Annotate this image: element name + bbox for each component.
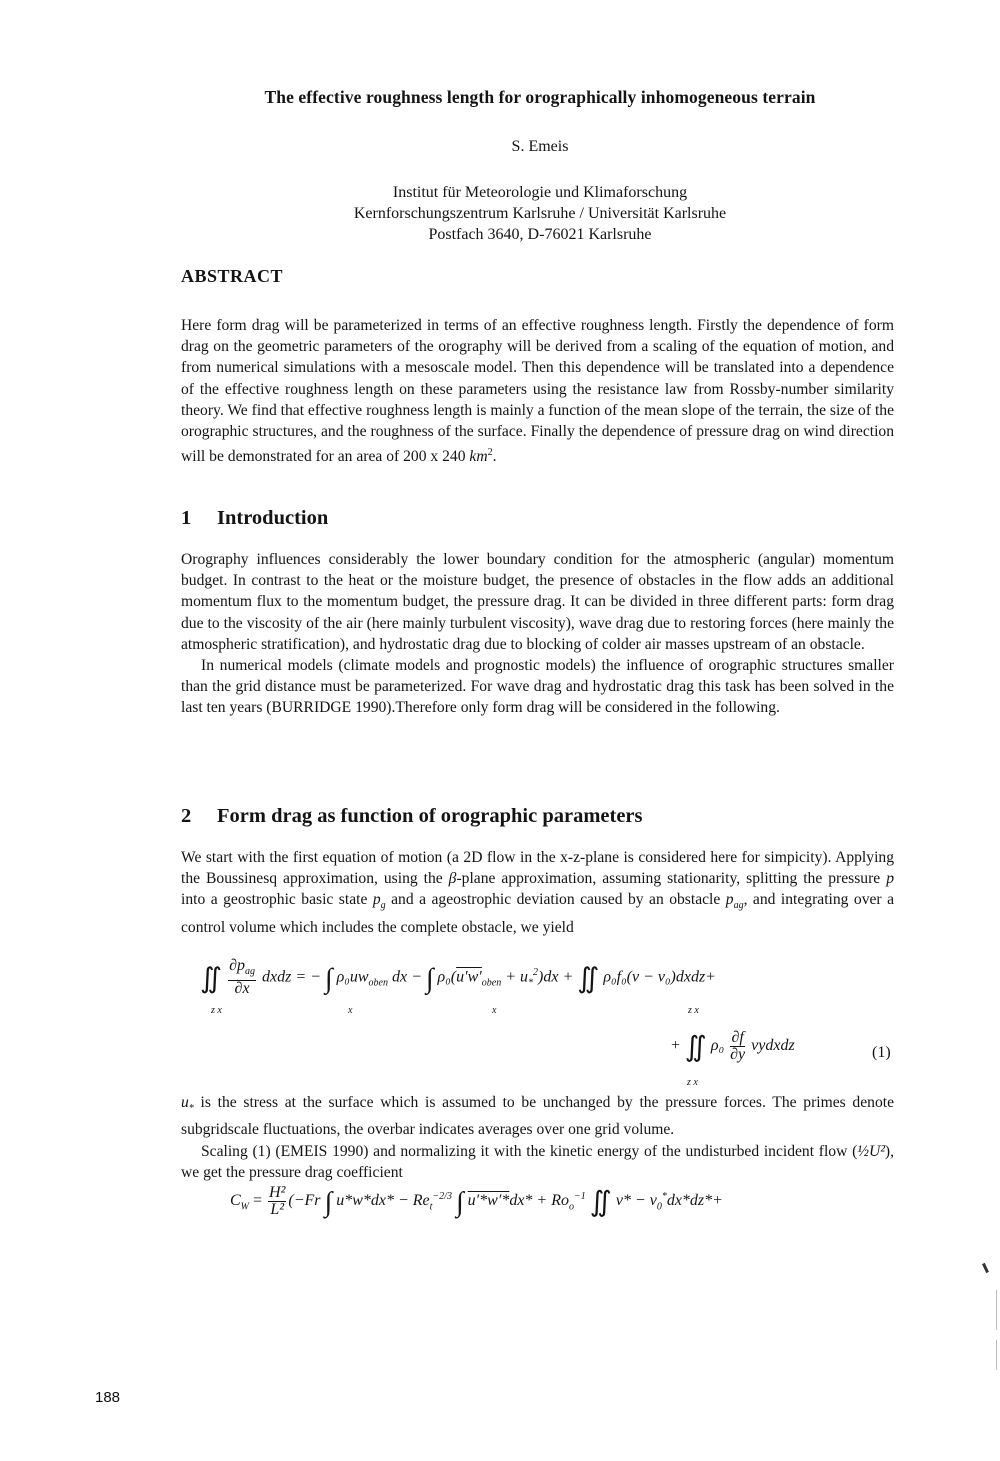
introduction-body: Orography influences considerably the lo… <box>181 549 894 719</box>
eq-term: ρ₀( <box>438 968 457 985</box>
text: into a geostrophic basic state <box>181 891 373 908</box>
symbol-pg: p <box>373 891 381 908</box>
section-heading-form-drag: 2Form drag as function of orographic par… <box>181 805 643 828</box>
affiliation-line: Institut für Meteorologie und Klimaforsc… <box>0 182 1000 203</box>
eq-term: ρ₀ <box>711 1037 724 1054</box>
unit: km <box>469 448 487 465</box>
denominator: ∂x <box>228 981 256 997</box>
eq-term: + u <box>501 968 528 985</box>
subscript: W <box>241 1201 249 1212</box>
abstract-heading: ABSTRACT <box>181 266 283 287</box>
superscript: −2/3 <box>432 1191 452 1202</box>
symbol-half-u-squared: ½U² <box>857 1143 885 1160</box>
text: -plane approximation, assuming stationar… <box>456 870 886 887</box>
affiliation-line: Postfach 3640, D-76021 Karlsruhe <box>0 224 1000 245</box>
symbol-pag: p <box>726 891 734 908</box>
double-integral-icon: ∬ <box>200 963 222 994</box>
eq-term: (−Fr <box>288 1192 320 1209</box>
integral-limits: z x <box>687 1077 698 1088</box>
text: is the stress at the surface which is as… <box>181 1094 894 1138</box>
double-integral-icon: ∬ <box>577 963 599 994</box>
integral-limits: z x <box>688 1005 699 1016</box>
subscript: oben <box>482 977 501 988</box>
eq-term: + <box>670 1037 681 1054</box>
section-number: 1 <box>181 507 217 530</box>
period: . <box>493 448 497 465</box>
eq-term: dx − <box>392 968 422 985</box>
section-number: 2 <box>181 805 217 828</box>
paper-title: The effective roughness length for orogr… <box>0 87 1000 108</box>
denominator: L² <box>268 1202 286 1218</box>
double-integral-icon: ∬ <box>590 1187 612 1218</box>
integral-icon: ∫ <box>426 963 434 994</box>
integral-icon: ∫ <box>325 1187 333 1218</box>
section-title: Form drag as function of orographic para… <box>217 805 643 827</box>
integral-limits: x <box>492 1005 496 1016</box>
eq-term: u*w*dx* − Re <box>336 1192 429 1209</box>
subscript: ag <box>245 966 255 977</box>
equation-2: CW = H² L² (−Fr ∫ u*w*dx* − Ret−2/3 ∫ u′… <box>230 1185 880 1230</box>
integral-limits: z x <box>211 1005 222 1016</box>
subscript: o <box>569 1201 574 1212</box>
fraction: ∂f ∂y <box>730 1030 745 1063</box>
eq-term: dx*dz*+ <box>667 1192 723 1209</box>
equals: = <box>249 1192 266 1209</box>
page-number: 188 <box>95 1389 120 1406</box>
paragraph: Orography influences considerably the lo… <box>181 549 894 655</box>
text: Scaling (1) (EMEIS 1990) and normalizing… <box>201 1143 857 1160</box>
subscript: * <box>528 977 533 988</box>
fraction: ∂pag ∂x <box>228 958 256 997</box>
section-title: Introduction <box>217 507 328 529</box>
scan-mark <box>982 1263 989 1273</box>
eq-term: ρ₀uw <box>337 968 369 985</box>
scan-margin-line <box>996 1340 997 1370</box>
double-integral-icon: ∬ <box>685 1032 707 1063</box>
symbol-u-star: u <box>181 1094 189 1111</box>
denominator: ∂y <box>730 1047 745 1063</box>
eq-term: )dx + <box>538 968 573 985</box>
subscript: t <box>430 1201 433 1212</box>
text: and a ageostrophic deviation caused by a… <box>386 891 726 908</box>
overbar-term: u′*w′* <box>468 1192 510 1209</box>
equation-1-line-2: + ∬ ρ₀ ∂f ∂y vydxdz z x (1) <box>670 1030 900 1090</box>
numerator: ∂p <box>229 957 245 974</box>
paragraph: In numerical models (climate models and … <box>181 655 894 719</box>
eq-term: vydxdz <box>751 1037 795 1054</box>
numerator: H² <box>268 1185 286 1202</box>
affiliation-line: Kernforschungszentrum Karlsruhe / Univer… <box>0 203 1000 224</box>
integral-icon: ∫ <box>325 963 333 994</box>
subscript: oben <box>369 977 388 988</box>
scan-margin-line <box>996 1290 997 1330</box>
subscript: 0 <box>657 1201 662 1212</box>
affiliation: Institut für Meteorologie und Klimaforsc… <box>0 182 1000 245</box>
fraction: H² L² <box>268 1185 286 1218</box>
integral-icon: ∫ <box>456 1187 464 1218</box>
subscript: ag <box>734 901 744 912</box>
integral-limits: x <box>348 1005 352 1016</box>
section-heading-introduction: 1Introduction <box>181 507 328 530</box>
abstract-body: Here form drag will be parameterized in … <box>181 315 894 468</box>
form-drag-intro: We start with the first equation of moti… <box>181 847 894 938</box>
eq-term: ρ₀f₀(v − v₀)dxdz+ <box>603 968 716 985</box>
abstract-text: Here form drag will be parameterized in … <box>181 317 894 465</box>
superscript: −1 <box>574 1191 586 1202</box>
eq-term: v* − v <box>616 1192 657 1209</box>
after-equation-1: u* is the stress at the surface which is… <box>181 1092 894 1183</box>
overbar-term: u′w′ <box>456 968 482 985</box>
eq-term: dxdz = − <box>262 968 321 985</box>
equation-1-line-1: ∬ ∂pag ∂x dxdz = − ∫ ρ₀uwoben dx − ∫ ρ₀(… <box>200 958 900 1018</box>
equation-number: (1) <box>872 1044 891 1062</box>
eq-term: dx* + Ro <box>509 1192 569 1209</box>
author: S. Emeis <box>0 138 1000 156</box>
eq-term: C <box>230 1192 241 1209</box>
symbol-p: p <box>886 870 894 887</box>
numerator: ∂f <box>730 1030 745 1047</box>
